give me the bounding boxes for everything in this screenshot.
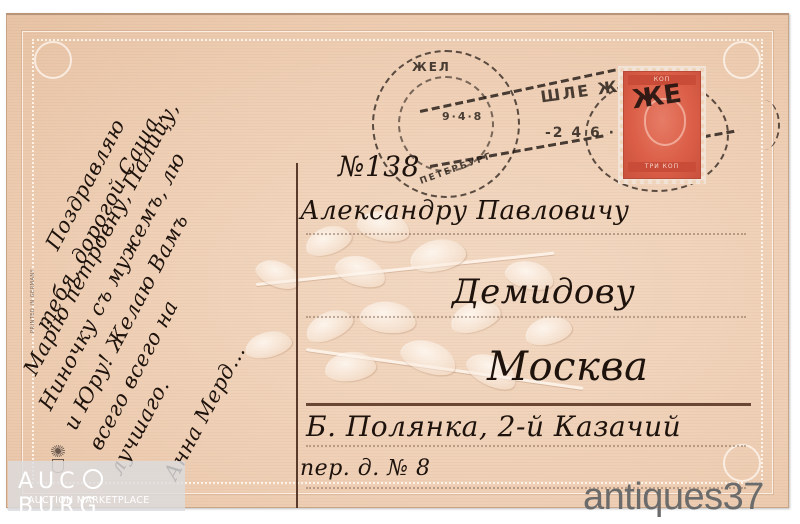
corner-scroll-ornament-top-left xyxy=(34,41,72,79)
address-line-2 xyxy=(306,316,746,318)
postmark-edge-arc xyxy=(748,100,780,150)
postage-stamp: КОП ТРИ КОП ЖЕ xyxy=(618,66,706,184)
postmark-left-date: 9·4·8 xyxy=(442,110,483,123)
address-line-1 xyxy=(306,233,746,235)
message-address-divider xyxy=(296,163,298,508)
address-recipient-line-2: Демидову xyxy=(452,272,635,312)
corner-scroll-ornament-top-right xyxy=(723,41,761,79)
aucburg-watermark: AUCBURG AUCTION MARKETPLACE xyxy=(8,461,185,511)
aucburg-tagline: AUCTION MARKETPLACE xyxy=(28,495,150,506)
seller-watermark: antiques37 xyxy=(583,476,764,519)
address-street-line-1: Б. Полянка, 2-й Казачий xyxy=(306,410,681,443)
stamp-face: КОП ТРИ КОП ЖЕ xyxy=(623,71,701,179)
aucburg-logo-left: AUC xyxy=(18,469,80,494)
stamp-bottom-band: ТРИ КОП xyxy=(628,162,696,172)
aucburg-logo: AUCBURG xyxy=(18,469,185,519)
address-city: Москва xyxy=(487,344,648,390)
address-line-city-underline xyxy=(306,403,751,406)
card-top-edge xyxy=(6,13,789,15)
postmark-left-top-text: ЖЕЛ xyxy=(412,60,451,74)
postmark-left: ЖЕЛ 9·4·8 ПЕТЕРБУРГ xyxy=(372,50,520,198)
address-recipient-line-1: Александру Павловичу xyxy=(300,196,629,226)
address-street-line-2: пер. д. № 8 xyxy=(300,456,431,481)
crown-icon xyxy=(83,469,103,489)
address-line-4 xyxy=(306,445,746,447)
publisher-sunburst-icon xyxy=(51,445,65,457)
